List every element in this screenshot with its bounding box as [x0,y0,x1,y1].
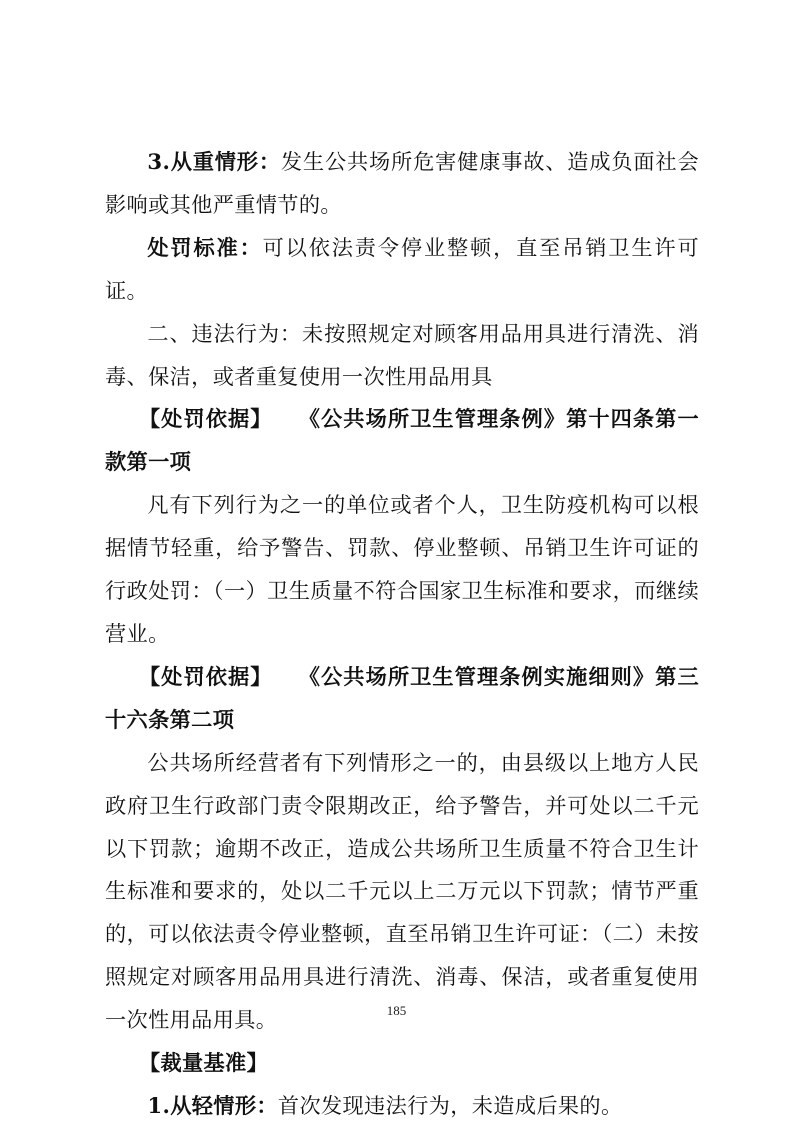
paragraph-lenient-circumstances: 1.从轻情形：首次发现违法行为，未造成后果的。 [105,1085,699,1122]
paragraph-penalty-basis-1: 【处罚依据】《公共场所卫生管理条例》第十四条第一款第一项 [105,398,699,484]
paragraph-penalty-standard: 处罚标准：可以依法责令停业整顿，直至吊销卫生许可证。 [105,227,699,313]
penalty-basis-2-body-text: 公共场所经营者有下列情形之一的，由县级以上地方人民政府卫生行政部门责令限期改正，… [105,750,699,1032]
lenient-label: 1.从轻情形： [147,1093,278,1118]
penalty-basis-2-label: 【处罚依据】 [139,664,273,689]
paragraph-discretion-heading: 【裁量基准】 [105,1042,699,1085]
paragraph-penalty-basis-1-body: 凡有下列行为之一的单位或者个人，卫生防疫机构可以根据情节轻重，给予警告、罚款、停… [105,484,699,656]
document-body: 3.从重情形：发生公共场所危害健康事故、造成负面社会影响或其他严重情节的。 处罚… [105,141,699,1122]
penalty-standard-label: 处罚标准： [147,235,262,260]
penalty-basis-1-body-text: 凡有下列行为之一的单位或者个人，卫生防疫机构可以根据情节轻重，给予警告、罚款、停… [105,492,699,646]
paragraph-aggravated-circumstances: 3.从重情形：发生公共场所危害健康事故、造成负面社会影响或其他严重情节的。 [105,141,699,227]
document-page: 3.从重情形：发生公共场所危害健康事故、造成负面社会影响或其他严重情节的。 处罚… [0,0,793,1122]
paragraph-penalty-basis-2: 【处罚依据】《公共场所卫生管理条例实施细则》第三十六条第二项 [105,656,699,742]
paragraph-penalty-basis-2-body: 公共场所经营者有下列情形之一的，由县级以上地方人民政府卫生行政部门责令限期改正，… [105,742,699,1042]
violation-two-text: 二、违法行为：未按照规定对顾客用品用具进行清洗、消毒、保洁，或者重复使用一次性用… [105,321,699,389]
discretion-heading-label: 【裁量基准】 [139,1050,268,1075]
lenient-text: 首次发现违法行为，未造成后果的。 [278,1093,623,1118]
page-number: 185 [0,1003,793,1019]
paragraph-violation-two: 二、违法行为：未按照规定对顾客用品用具进行清洗、消毒、保洁，或者重复使用一次性用… [105,313,699,399]
penalty-basis-1-label: 【处罚依据】 [139,406,273,431]
aggravated-label: 3.从重情形： [147,149,280,174]
